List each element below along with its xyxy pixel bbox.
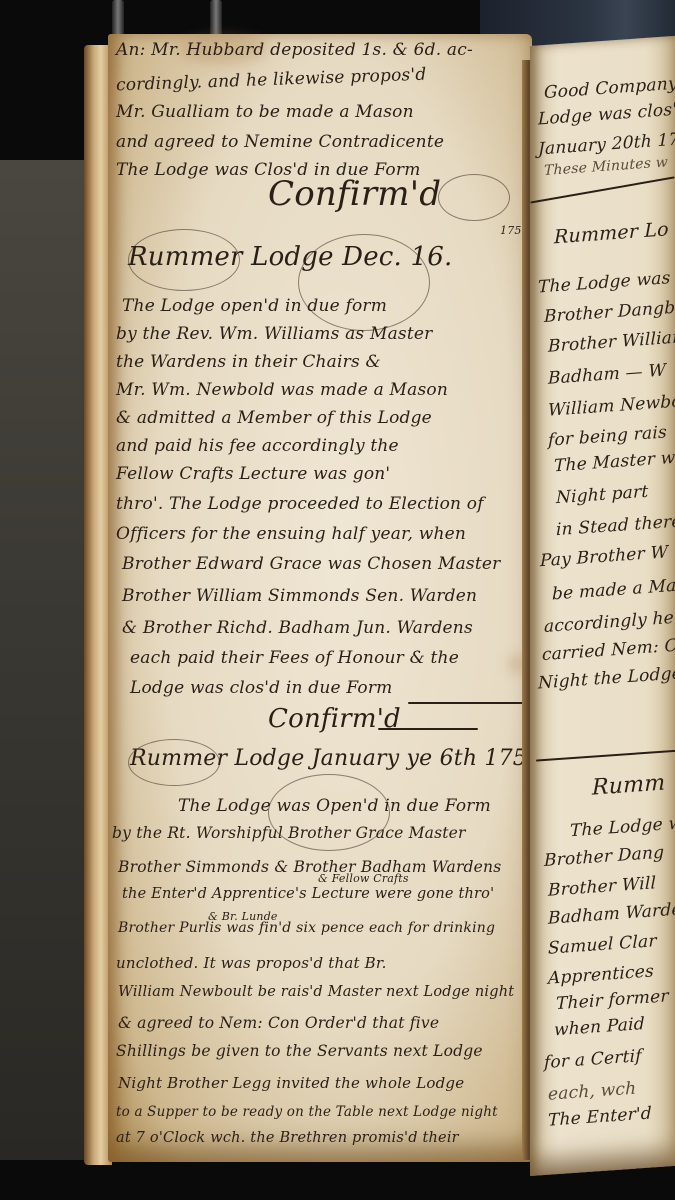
interlinear-note: & Fellow Crafts — [318, 872, 409, 885]
carryover-line-3: Mr. Gualliam to be made a Mason — [116, 102, 414, 122]
right-line: Brother Dangbou — [544, 296, 675, 327]
carryover-line-1: An: Mr. Hubbard deposited 1s. & 6d. ac- — [116, 40, 473, 60]
grey-support-board — [0, 160, 90, 1160]
book-weight-rod-right — [210, 0, 222, 36]
entry1-line: Mr. Wm. Newbold was made a Mason — [116, 380, 448, 400]
closing-rule — [408, 702, 526, 704]
entry1-line: Brother William Simmonds Sen. Warden — [122, 586, 477, 606]
entry2-line: William Newboult be rais'd Master next L… — [118, 984, 514, 1000]
right-line: for a Certif — [544, 1046, 642, 1073]
entry2-line: Brother Purlis was fin'd six pence each … — [118, 920, 495, 936]
entry2-line: to a Supper to be ready on the Table nex… — [116, 1104, 498, 1120]
right-line: Night part — [556, 482, 648, 508]
flourish — [128, 229, 240, 291]
entry1-line: thro'. The Lodge proceeded to Election o… — [116, 494, 484, 514]
entry2-line: at 7 o'Clock wch. the Brethren promis'd … — [116, 1130, 459, 1146]
right-line: Brother Will — [548, 873, 656, 901]
right-line: Apprentices — [548, 961, 654, 988]
entry1-line: Lodge was clos'd in due Form — [130, 678, 392, 698]
right-line: when Paid — [554, 1014, 645, 1040]
right-line: Their former — [556, 986, 669, 1014]
right-line: William Newbo — [548, 391, 675, 420]
book-weight-rod-left — [112, 0, 124, 36]
entry2-line: & agreed to Nem: Con Order'd that five — [118, 1014, 439, 1032]
confirmed-stamp-1: Confirm'd — [268, 174, 441, 214]
right-line: Badham Warde — [548, 899, 675, 928]
entry1-line: & Brother Richd. Badham Jun. Wardens — [122, 618, 473, 638]
entry2-line: Shillings be given to the Servants next … — [116, 1042, 483, 1060]
entry2-line: by the Rt. Worshipful Brother Grace Mast… — [112, 824, 466, 842]
entry1-line: by the Rev. Wm. Williams as Master — [116, 324, 432, 344]
right-line: for being rais — [548, 422, 667, 450]
right-line: carried Nem: Co — [542, 635, 675, 665]
right-line: Lodge was clos'd — [538, 99, 675, 130]
right-page: Good Company Lodge was clos'd January 20… — [530, 36, 675, 1176]
right-line: accordingly he — [544, 608, 674, 637]
entry2-line: the Enter'd Apprentice's Lecture were go… — [122, 886, 494, 902]
right-line: Badham — W — [548, 360, 666, 388]
entry2-line: The Lodge was Open'd in due Form — [178, 796, 491, 816]
entry2-line: Brother Simmonds & Brother Badham Warden… — [118, 858, 501, 876]
right-heading: Rumm — [592, 771, 665, 801]
entry1-line: and paid his fee accordingly the — [116, 436, 399, 456]
confirmed-stamp-2: Confirm'd — [268, 704, 401, 734]
right-line: The Master was — [554, 446, 675, 476]
entry1-line: & admitted a Member of this Lodge — [116, 408, 432, 428]
right-line: The Lodge was op — [538, 266, 675, 297]
right-line: Samuel Clar — [548, 931, 657, 959]
carryover-line-2: cordingly. and he likewise propos'd — [116, 65, 427, 96]
entry1-line: Fellow Crafts Lecture was gon' — [116, 464, 390, 484]
right-line: Night the Lodge — [538, 663, 675, 693]
entry1-line: Officers for the ensuing half year, when — [116, 524, 466, 544]
flourish — [298, 234, 430, 331]
right-line: The Enter'd — [548, 1103, 652, 1130]
section-rule — [536, 750, 675, 761]
right-line: Brother Dang — [544, 843, 664, 871]
flourish — [438, 174, 510, 221]
right-line: These Minutes w — [544, 154, 668, 179]
right-line: The Lodge w — [570, 813, 675, 841]
entry1-line: the Wardens in their Chairs & — [116, 352, 381, 372]
right-line: Pay Brother W — [540, 542, 668, 571]
entry2-line: Night Brother Legg invited the whole Lod… — [118, 1074, 464, 1092]
entry2-line: unclothed. It was propos'd that Br. — [116, 954, 387, 972]
right-heading: Rummer Lo — [554, 218, 669, 248]
right-line: be made a Ma — [552, 576, 675, 605]
right-line: each, wch — [548, 1079, 636, 1105]
entry1-line: Brother Edward Grace was Chosen Master — [122, 554, 500, 574]
right-line: in Stead there — [556, 511, 675, 540]
carryover-line-4: and agreed to Nemine Contradicente — [116, 132, 444, 152]
entry1-line: each paid their Fees of Honour & the — [130, 648, 459, 668]
entry1-line: The Lodge open'd in due form — [122, 296, 387, 316]
section-rule — [530, 176, 674, 203]
right-line: Good Company — [544, 74, 675, 103]
confirm-rule — [378, 728, 478, 730]
left-page: An: Mr. Hubbard deposited 1s. & 6d. ac- … — [108, 34, 532, 1162]
right-line: Brother William — [548, 327, 675, 357]
flourish — [128, 739, 220, 786]
